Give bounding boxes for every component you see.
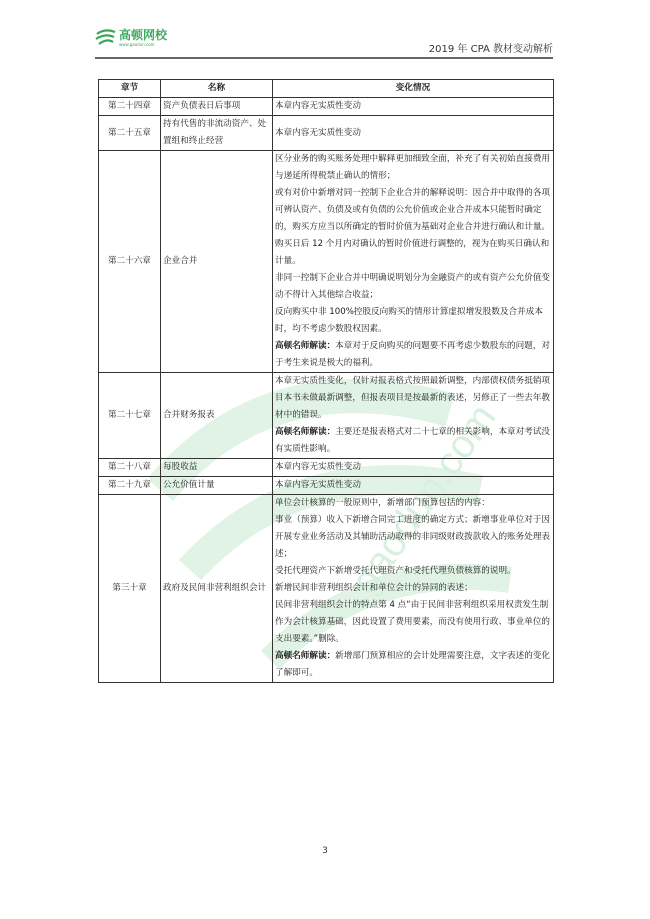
change-text: 新增民间非营利组织会计和单位会计的异同的表述；: [275, 580, 551, 597]
table-header-row: 章节 名称 变化情况: [99, 80, 554, 98]
logo: 高顿网校 www.gaodun.com: [95, 28, 167, 48]
name-cell: 合并财务报表: [161, 373, 273, 459]
teacher-comment: 高顿名师解读：主要还是报表格式对二十七章的相关影响，本章对考试没有实质性影响。: [275, 424, 551, 458]
teacher-comment: 高顿名师解读：本章对于反向购买的问题要不再考虑少数股东的问题，对于考生来说是极大…: [275, 338, 551, 372]
change-text: 事业（预算）收入下新增合同完工进度的确定方式；新增事业单位对于因开展专业业务活动…: [275, 512, 551, 563]
changes-cell: 单位会计核算的一般原则中，新增部门预算包括的内容： 事业（预算）收入下新增合同完…: [273, 495, 554, 683]
table-row: 第三十章 政府及民间非营利组织会计 单位会计核算的一般原则中，新增部门预算包括的…: [99, 495, 554, 683]
chapter-cell: 第二十五章: [99, 116, 161, 151]
name-cell: 资产负债表日后事项: [161, 98, 273, 116]
logo-url: www.gaodun.com: [119, 42, 167, 47]
changes-cell: 本章内容无实质性变动: [273, 459, 554, 477]
page-number: 3: [0, 846, 650, 856]
chapter-cell: 第二十九章: [99, 477, 161, 495]
change-text: 民间非营利组织会计的特点第 4 点“由于民间非营利组织采用权责发生制作为会计核算…: [275, 597, 551, 648]
chapter-cell: 第二十六章: [99, 151, 161, 373]
column-header-changes: 变化情况: [273, 80, 554, 98]
change-text: 或有对价中新增对同一控制下企业合并的解释说明：因合并中取得的各项可辨认资产、负债…: [275, 185, 551, 270]
teacher-comment: 高顿名师解读：新增部门预算相应的会计处理需要注意，文字表述的变化了解即可。: [275, 648, 551, 682]
table-row: 第二十四章 资产负债表日后事项 本章内容无实质性变动: [99, 98, 554, 116]
name-cell: 每股收益: [161, 459, 273, 477]
changes-cell: 本章内容无实质性变动: [273, 98, 554, 116]
changes-cell: 本章内容无实质性变动: [273, 477, 554, 495]
change-text: 本章内容无实质性变动: [275, 98, 551, 115]
comment-label: 高顿名师解读：: [275, 651, 335, 661]
table-row: 第二十八章 每股收益 本章内容无实质性变动: [99, 459, 554, 477]
change-text: 本章内容无实质性变动: [275, 459, 551, 476]
table-row: 第二十九章 公允价值计量 本章内容无实质性变动: [99, 477, 554, 495]
header-divider: [95, 57, 553, 59]
changes-cell: 本章内容无实质性变动: [273, 116, 554, 151]
change-text: 本章内容无实质性变动: [275, 477, 551, 494]
logo-name: 高顿网校: [119, 29, 167, 42]
page-header: 高顿网校 www.gaodun.com 2019 年 CPA 教材变动解析: [95, 24, 553, 58]
chapter-cell: 第二十四章: [99, 98, 161, 116]
changes-cell: 本章无实质性变化，仅针对报表格式按照最新调整，内部债权债务抵销项目本书未做最新调…: [273, 373, 554, 459]
change-text: 单位会计核算的一般原则中，新增部门预算包括的内容：: [275, 495, 551, 512]
table-row: 第二十七章 合并财务报表 本章无实质性变化，仅针对报表格式按照最新调整，内部债权…: [99, 373, 554, 459]
name-cell: 持有代售的非流动资产、处置组和终止经营: [161, 116, 273, 151]
chapter-cell: 第二十七章: [99, 373, 161, 459]
change-text: 本章无实质性变化，仅针对报表格式按照最新调整，内部债权债务抵销项目本书未做最新调…: [275, 373, 551, 424]
table-row: 第二十六章 企业合并 区分业务的购买账务处理中解释更加细致全面，补充了有关初始直…: [99, 151, 554, 373]
table-row: 第二十五章 持有代售的非流动资产、处置组和终止经营 本章内容无实质性变动: [99, 116, 554, 151]
comment-label: 高顿名师解读：: [275, 427, 335, 437]
changes-cell: 区分业务的购买账务处理中解释更加细致全面，补充了有关初始直接费用与递延所得税禁止…: [273, 151, 554, 373]
change-text: 受托代理资产下新增受托代理资产和受托代理负债核算的说明。: [275, 563, 551, 580]
document-title: 2019 年 CPA 教材变动解析: [429, 40, 553, 55]
name-cell: 企业合并: [161, 151, 273, 373]
column-header-name: 名称: [161, 80, 273, 98]
comment-label: 高顿名师解读：: [275, 341, 335, 351]
changes-table: 章节 名称 变化情况 第二十四章 资产负债表日后事项 本章内容无实质性变动 第二…: [98, 79, 554, 683]
column-header-chapter: 章节: [99, 80, 161, 98]
name-cell: 公允价值计量: [161, 477, 273, 495]
name-cell: 政府及民间非营利组织会计: [161, 495, 273, 683]
chapter-cell: 第二十八章: [99, 459, 161, 477]
change-text: 本章内容无实质性变动: [275, 125, 551, 142]
change-text: 反向购买中非 100%控股反向购买的情形计算虚拟增发股数及合并成本时，均不考虑少…: [275, 304, 551, 338]
chapter-cell: 第三十章: [99, 495, 161, 683]
change-text: 区分业务的购买账务处理中解释更加细致全面，补充了有关初始直接费用与递延所得税禁止…: [275, 151, 551, 185]
logo-icon: [95, 28, 117, 48]
change-text: 非同一控制下企业合并中明确说明划分为金融资产的或有资产公允价值变动不得计入其他综…: [275, 270, 551, 304]
